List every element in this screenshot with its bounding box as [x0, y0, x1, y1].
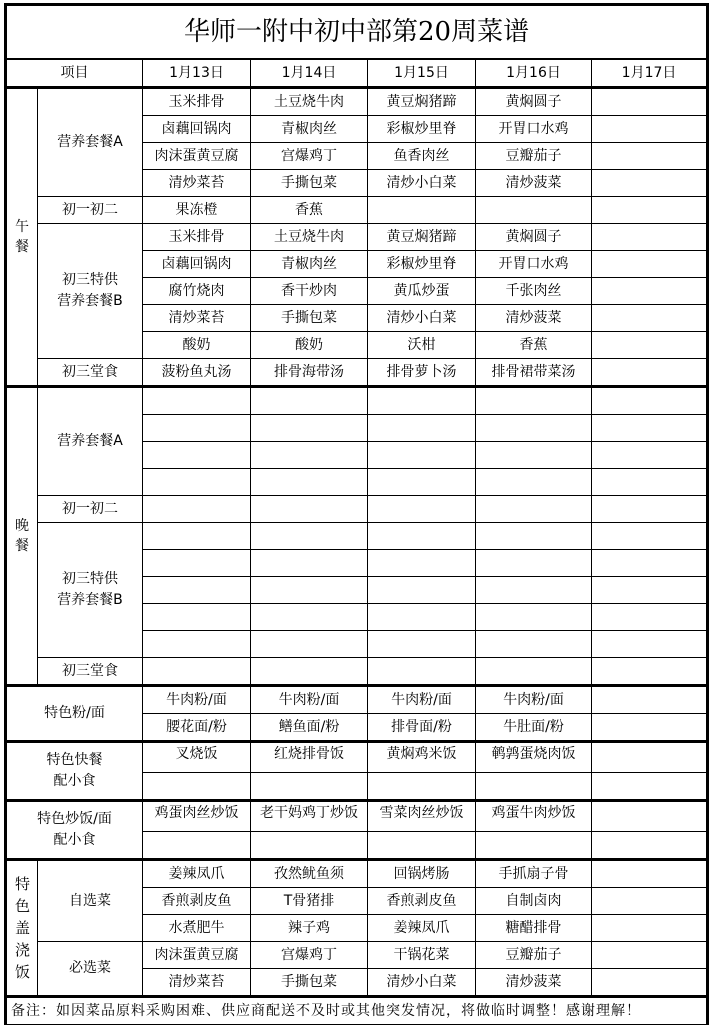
- menu-cell: [368, 658, 476, 686]
- menu-cell: [143, 550, 251, 577]
- menu-cell: [476, 523, 592, 550]
- menu-cell: [476, 469, 592, 496]
- menu-cell: 糖醋排骨: [476, 915, 592, 942]
- menu-cell: 酸奶: [251, 332, 368, 359]
- rice-bowl-label: 特色盖浇饭: [15, 873, 29, 983]
- noodles-label: 特色粉/面: [6, 686, 143, 742]
- menu-cell: [368, 773, 476, 801]
- menu-cell: [592, 469, 708, 496]
- header-item: 项目: [6, 59, 143, 88]
- menu-cell: 黄焖圆子: [476, 88, 592, 116]
- dinner-label-cell: 晚餐: [6, 387, 38, 686]
- menu-cell: [251, 469, 368, 496]
- fried-rice-label-line1: 特色炒饭/面: [7, 809, 142, 830]
- menu-cell: [143, 387, 251, 415]
- menu-cell: 排骨裙带菜汤: [476, 359, 592, 387]
- menu-cell: [143, 442, 251, 469]
- menu-cell: 腐竹烧肉: [143, 278, 251, 305]
- menu-cell: [251, 604, 368, 631]
- menu-cell: [592, 888, 708, 915]
- menu-cell: [592, 332, 708, 359]
- table-row: 午餐 营养套餐A 玉米排骨 土豆烧牛肉 黄豆焖猪蹄 黄焖圆子: [6, 88, 708, 116]
- menu-cell: 清炒菜苔: [143, 170, 251, 197]
- menu-cell: [476, 496, 592, 523]
- menu-cell: [592, 714, 708, 742]
- dinner-set-b-label: 初三特供 营养套餐B: [38, 523, 143, 658]
- menu-cell: 鱼香肉丝: [368, 143, 476, 170]
- lunch-set-b-label-line2: 营养套餐B: [38, 291, 142, 312]
- menu-cell: 沃柑: [368, 332, 476, 359]
- menu-cell: [592, 197, 708, 224]
- menu-cell: [143, 658, 251, 686]
- menu-cell: [592, 742, 708, 773]
- dinner-set-b-label-line1: 初三特供: [38, 569, 142, 590]
- menu-cell: 香干炒肉: [251, 278, 368, 305]
- menu-cell: [592, 915, 708, 942]
- menu-cell: 黄焖鸡米饭: [368, 742, 476, 773]
- menu-cell: 菠粉鱼丸汤: [143, 359, 251, 387]
- menu-cell: [251, 832, 368, 860]
- menu-table: 华师一附中初中部第20周菜谱 项目 1月13日 1月14日 1月15日 1月16…: [4, 3, 709, 1025]
- menu-cell: 黄焖圆子: [476, 224, 592, 251]
- menu-cell: 黄瓜炒蛋: [368, 278, 476, 305]
- header-date: 1月14日: [251, 59, 368, 88]
- menu-cell: [251, 658, 368, 686]
- menu-cell: [592, 170, 708, 197]
- menu-cell: 回锅烤肠: [368, 860, 476, 888]
- menu-cell: [592, 387, 708, 415]
- menu-cell: 香蕉: [476, 332, 592, 359]
- menu-cell: 手撕包菜: [251, 170, 368, 197]
- menu-cell: 宫爆鸡丁: [251, 942, 368, 969]
- table-row: 晚餐 营养套餐A: [6, 387, 708, 415]
- menu-cell: [368, 523, 476, 550]
- header-date: 1月13日: [143, 59, 251, 88]
- lunch-set-b-label: 初三特供 营养套餐B: [38, 224, 143, 359]
- lunch-grade3-canteen-label: 初三堂食: [38, 359, 143, 387]
- menu-cell: 手撕包菜: [251, 969, 368, 997]
- menu-cell: [592, 860, 708, 888]
- menu-cell: 黄豆焖猪蹄: [368, 224, 476, 251]
- note-row: 备注：如因菜品原料采购困难、供应商配送不及时或其他突发情况，将做临时调整！感谢理…: [6, 997, 708, 1025]
- menu-cell: [592, 577, 708, 604]
- menu-cell: 辣子鸡: [251, 915, 368, 942]
- menu-cell: [592, 359, 708, 387]
- header-date: 1月17日: [592, 59, 708, 88]
- menu-cell: 雪菜肉丝炒饭: [368, 801, 476, 832]
- fast-meal-label-line2: 配小食: [7, 771, 142, 792]
- menu-cell: [251, 577, 368, 604]
- menu-sheet: 华师一附中初中部第20周菜谱 项目 1月13日 1月14日 1月15日 1月16…: [4, 3, 706, 1025]
- menu-cell: 豆瓣茄子: [476, 942, 592, 969]
- menu-cell: [368, 469, 476, 496]
- menu-cell: 自制卤肉: [476, 888, 592, 915]
- menu-cell: 开胃口水鸡: [476, 116, 592, 143]
- menu-cell: [368, 496, 476, 523]
- menu-cell: 香煎剥皮鱼: [143, 888, 251, 915]
- dinner-set-a-label: 营养套餐A: [38, 387, 143, 496]
- menu-cell: [592, 88, 708, 116]
- menu-cell: 牛肉粉/面: [251, 686, 368, 714]
- menu-cell: [592, 832, 708, 860]
- menu-cell: [143, 773, 251, 801]
- menu-cell: 黄豆焖猪蹄: [368, 88, 476, 116]
- table-row: 初三特供 营养套餐B 玉米排骨 土豆烧牛肉 黄豆焖猪蹄 黄焖圆子: [6, 224, 708, 251]
- menu-cell: [143, 631, 251, 658]
- lunch-label: 午餐: [15, 217, 29, 257]
- lunch-set-a-label: 营养套餐A: [38, 88, 143, 197]
- menu-cell: [476, 604, 592, 631]
- menu-cell: [143, 832, 251, 860]
- menu-cell: [368, 631, 476, 658]
- menu-cell: [251, 415, 368, 442]
- menu-cell: [143, 415, 251, 442]
- menu-cell: 清炒小白菜: [368, 170, 476, 197]
- menu-cell: [476, 832, 592, 860]
- menu-cell: 玉米排骨: [143, 224, 251, 251]
- menu-cell: [143, 496, 251, 523]
- table-row: 必选菜 肉沫蛋黄豆腐 宫爆鸡丁 干锅花菜 豆瓣茄子: [6, 942, 708, 969]
- menu-cell: 清炒小白菜: [368, 305, 476, 332]
- required-dishes-label: 必选菜: [38, 942, 143, 997]
- menu-cell: [592, 116, 708, 143]
- menu-cell: 宫爆鸡丁: [251, 143, 368, 170]
- table-row: 初三堂食 菠粉鱼丸汤 排骨海带汤 排骨萝卜汤 排骨裙带菜汤: [6, 359, 708, 387]
- menu-cell: 豆瓣茄子: [476, 143, 592, 170]
- menu-cell: [592, 658, 708, 686]
- menu-cell: 玉米排骨: [143, 88, 251, 116]
- menu-cell: [592, 773, 708, 801]
- menu-cell: [592, 305, 708, 332]
- optional-dishes-label: 自选菜: [38, 860, 143, 942]
- menu-cell: [368, 832, 476, 860]
- fried-rice-label-line2: 配小食: [7, 830, 142, 851]
- menu-cell: 孜然鱿鱼须: [251, 860, 368, 888]
- footnote: 备注：如因菜品原料采购困难、供应商配送不及时或其他突发情况，将做临时调整！感谢理…: [6, 997, 708, 1025]
- menu-cell: 姜辣凤爪: [143, 860, 251, 888]
- title-row: 华师一附中初中部第20周菜谱: [6, 5, 708, 60]
- menu-cell: [592, 523, 708, 550]
- menu-cell: 清炒菠菜: [476, 305, 592, 332]
- table-row: 特色炒饭/面 配小食 鸡蛋肉丝炒饭 老干妈鸡丁炒饭 雪菜肉丝炒饭 鸡蛋牛肉炒饭: [6, 801, 708, 832]
- menu-cell: [592, 278, 708, 305]
- menu-cell: 红烧排骨饭: [251, 742, 368, 773]
- menu-cell: 水煮肥牛: [143, 915, 251, 942]
- menu-cell: [251, 496, 368, 523]
- menu-cell: 开胃口水鸡: [476, 251, 592, 278]
- menu-cell: [592, 143, 708, 170]
- menu-cell: 干锅花菜: [368, 942, 476, 969]
- menu-cell: [592, 686, 708, 714]
- menu-cell: 清炒小白菜: [368, 969, 476, 997]
- fried-rice-label: 特色炒饭/面 配小食: [6, 801, 143, 860]
- menu-cell: [143, 523, 251, 550]
- menu-cell: [368, 550, 476, 577]
- table-row: 初一初二: [6, 496, 708, 523]
- menu-cell: 叉烧饭: [143, 742, 251, 773]
- dinner-set-b-label-line2: 营养套餐B: [38, 590, 142, 611]
- menu-cell: [368, 415, 476, 442]
- menu-cell: 排骨面/粉: [368, 714, 476, 742]
- table-row: 初三特供 营养套餐B: [6, 523, 708, 550]
- menu-cell: [368, 387, 476, 415]
- menu-cell: 果冻橙: [143, 197, 251, 224]
- menu-cell: [368, 442, 476, 469]
- menu-cell: 卤藕回锅肉: [143, 251, 251, 278]
- dinner-label: 晚餐: [15, 516, 29, 556]
- menu-cell: [592, 496, 708, 523]
- menu-cell: [592, 969, 708, 997]
- menu-cell: 牛肉粉/面: [476, 686, 592, 714]
- menu-cell: 姜辣凤爪: [368, 915, 476, 942]
- menu-cell: [592, 604, 708, 631]
- menu-cell: [368, 197, 476, 224]
- menu-cell: [251, 387, 368, 415]
- menu-cell: [251, 550, 368, 577]
- page-title: 华师一附中初中部第20周菜谱: [6, 5, 708, 60]
- menu-cell: [592, 550, 708, 577]
- menu-cell: [476, 631, 592, 658]
- table-row: 特色盖浇饭 自选菜 姜辣凤爪 孜然鱿鱼须 回锅烤肠 手抓扇子骨: [6, 860, 708, 888]
- menu-cell: 腰花面/粉: [143, 714, 251, 742]
- menu-cell: [368, 604, 476, 631]
- dinner-grade3-canteen-label: 初三堂食: [38, 658, 143, 686]
- menu-cell: 青椒肉丝: [251, 116, 368, 143]
- menu-cell: 排骨海带汤: [251, 359, 368, 387]
- menu-cell: 清炒菜苔: [143, 969, 251, 997]
- menu-cell: 鳝鱼面/粉: [251, 714, 368, 742]
- table-row: 特色快餐 配小食 叉烧饭 红烧排骨饭 黄焖鸡米饭 鹌鹑蛋烧肉饭: [6, 742, 708, 773]
- dinner-grade12-label: 初一初二: [38, 496, 143, 523]
- header-date: 1月15日: [368, 59, 476, 88]
- menu-cell: [476, 550, 592, 577]
- menu-cell: [251, 631, 368, 658]
- header-date: 1月16日: [476, 59, 592, 88]
- menu-cell: 彩椒炒里脊: [368, 251, 476, 278]
- menu-cell: [251, 523, 368, 550]
- menu-cell: 老干妈鸡丁炒饭: [251, 801, 368, 832]
- menu-cell: [592, 442, 708, 469]
- lunch-grade12-label: 初一初二: [38, 197, 143, 224]
- menu-cell: 千张肉丝: [476, 278, 592, 305]
- menu-cell: [476, 773, 592, 801]
- menu-cell: 清炒菜苔: [143, 305, 251, 332]
- header-row: 项目 1月13日 1月14日 1月15日 1月16日 1月17日: [6, 59, 708, 88]
- menu-cell: 鸡蛋牛肉炒饭: [476, 801, 592, 832]
- table-row: 特色粉/面 牛肉粉/面 牛肉粉/面 牛肉粉/面 牛肉粉/面: [6, 686, 708, 714]
- menu-cell: [476, 197, 592, 224]
- table-row: 初一初二 果冻橙 香蕉: [6, 197, 708, 224]
- rice-bowl-label-cell: 特色盖浇饭: [6, 860, 38, 997]
- menu-cell: T骨猪排: [251, 888, 368, 915]
- menu-cell: [143, 469, 251, 496]
- menu-cell: 彩椒炒里脊: [368, 116, 476, 143]
- menu-cell: 土豆烧牛肉: [251, 88, 368, 116]
- menu-cell: 牛肉粉/面: [143, 686, 251, 714]
- menu-cell: [476, 387, 592, 415]
- menu-cell: 鸡蛋肉丝炒饭: [143, 801, 251, 832]
- menu-cell: 牛肉粉/面: [368, 686, 476, 714]
- menu-cell: [143, 604, 251, 631]
- menu-cell: 清炒菠菜: [476, 969, 592, 997]
- lunch-label-cell: 午餐: [6, 88, 38, 387]
- menu-cell: [476, 577, 592, 604]
- menu-cell: [592, 415, 708, 442]
- menu-cell: 鹌鹑蛋烧肉饭: [476, 742, 592, 773]
- menu-cell: [592, 942, 708, 969]
- menu-cell: 土豆烧牛肉: [251, 224, 368, 251]
- menu-cell: [476, 442, 592, 469]
- menu-cell: 肉沫蛋黄豆腐: [143, 942, 251, 969]
- menu-cell: [476, 415, 592, 442]
- menu-cell: [143, 577, 251, 604]
- fast-meal-label: 特色快餐 配小食: [6, 742, 143, 801]
- fast-meal-label-line1: 特色快餐: [7, 750, 142, 771]
- menu-cell: 卤藕回锅肉: [143, 116, 251, 143]
- menu-cell: 青椒肉丝: [251, 251, 368, 278]
- menu-cell: [592, 801, 708, 832]
- menu-cell: [251, 442, 368, 469]
- menu-cell: [592, 251, 708, 278]
- menu-cell: [251, 773, 368, 801]
- menu-cell: [476, 658, 592, 686]
- menu-cell: 清炒菠菜: [476, 170, 592, 197]
- lunch-set-b-label-line1: 初三特供: [38, 270, 142, 291]
- menu-cell: [368, 577, 476, 604]
- menu-cell: [592, 224, 708, 251]
- menu-cell: 牛肚面/粉: [476, 714, 592, 742]
- menu-cell: 酸奶: [143, 332, 251, 359]
- menu-cell: 排骨萝卜汤: [368, 359, 476, 387]
- menu-cell: [592, 631, 708, 658]
- menu-cell: 肉沫蛋黄豆腐: [143, 143, 251, 170]
- menu-cell: 手撕包菜: [251, 305, 368, 332]
- menu-cell: 香蕉: [251, 197, 368, 224]
- menu-cell: 手抓扇子骨: [476, 860, 592, 888]
- table-row: 初三堂食: [6, 658, 708, 686]
- menu-cell: 香煎剥皮鱼: [368, 888, 476, 915]
